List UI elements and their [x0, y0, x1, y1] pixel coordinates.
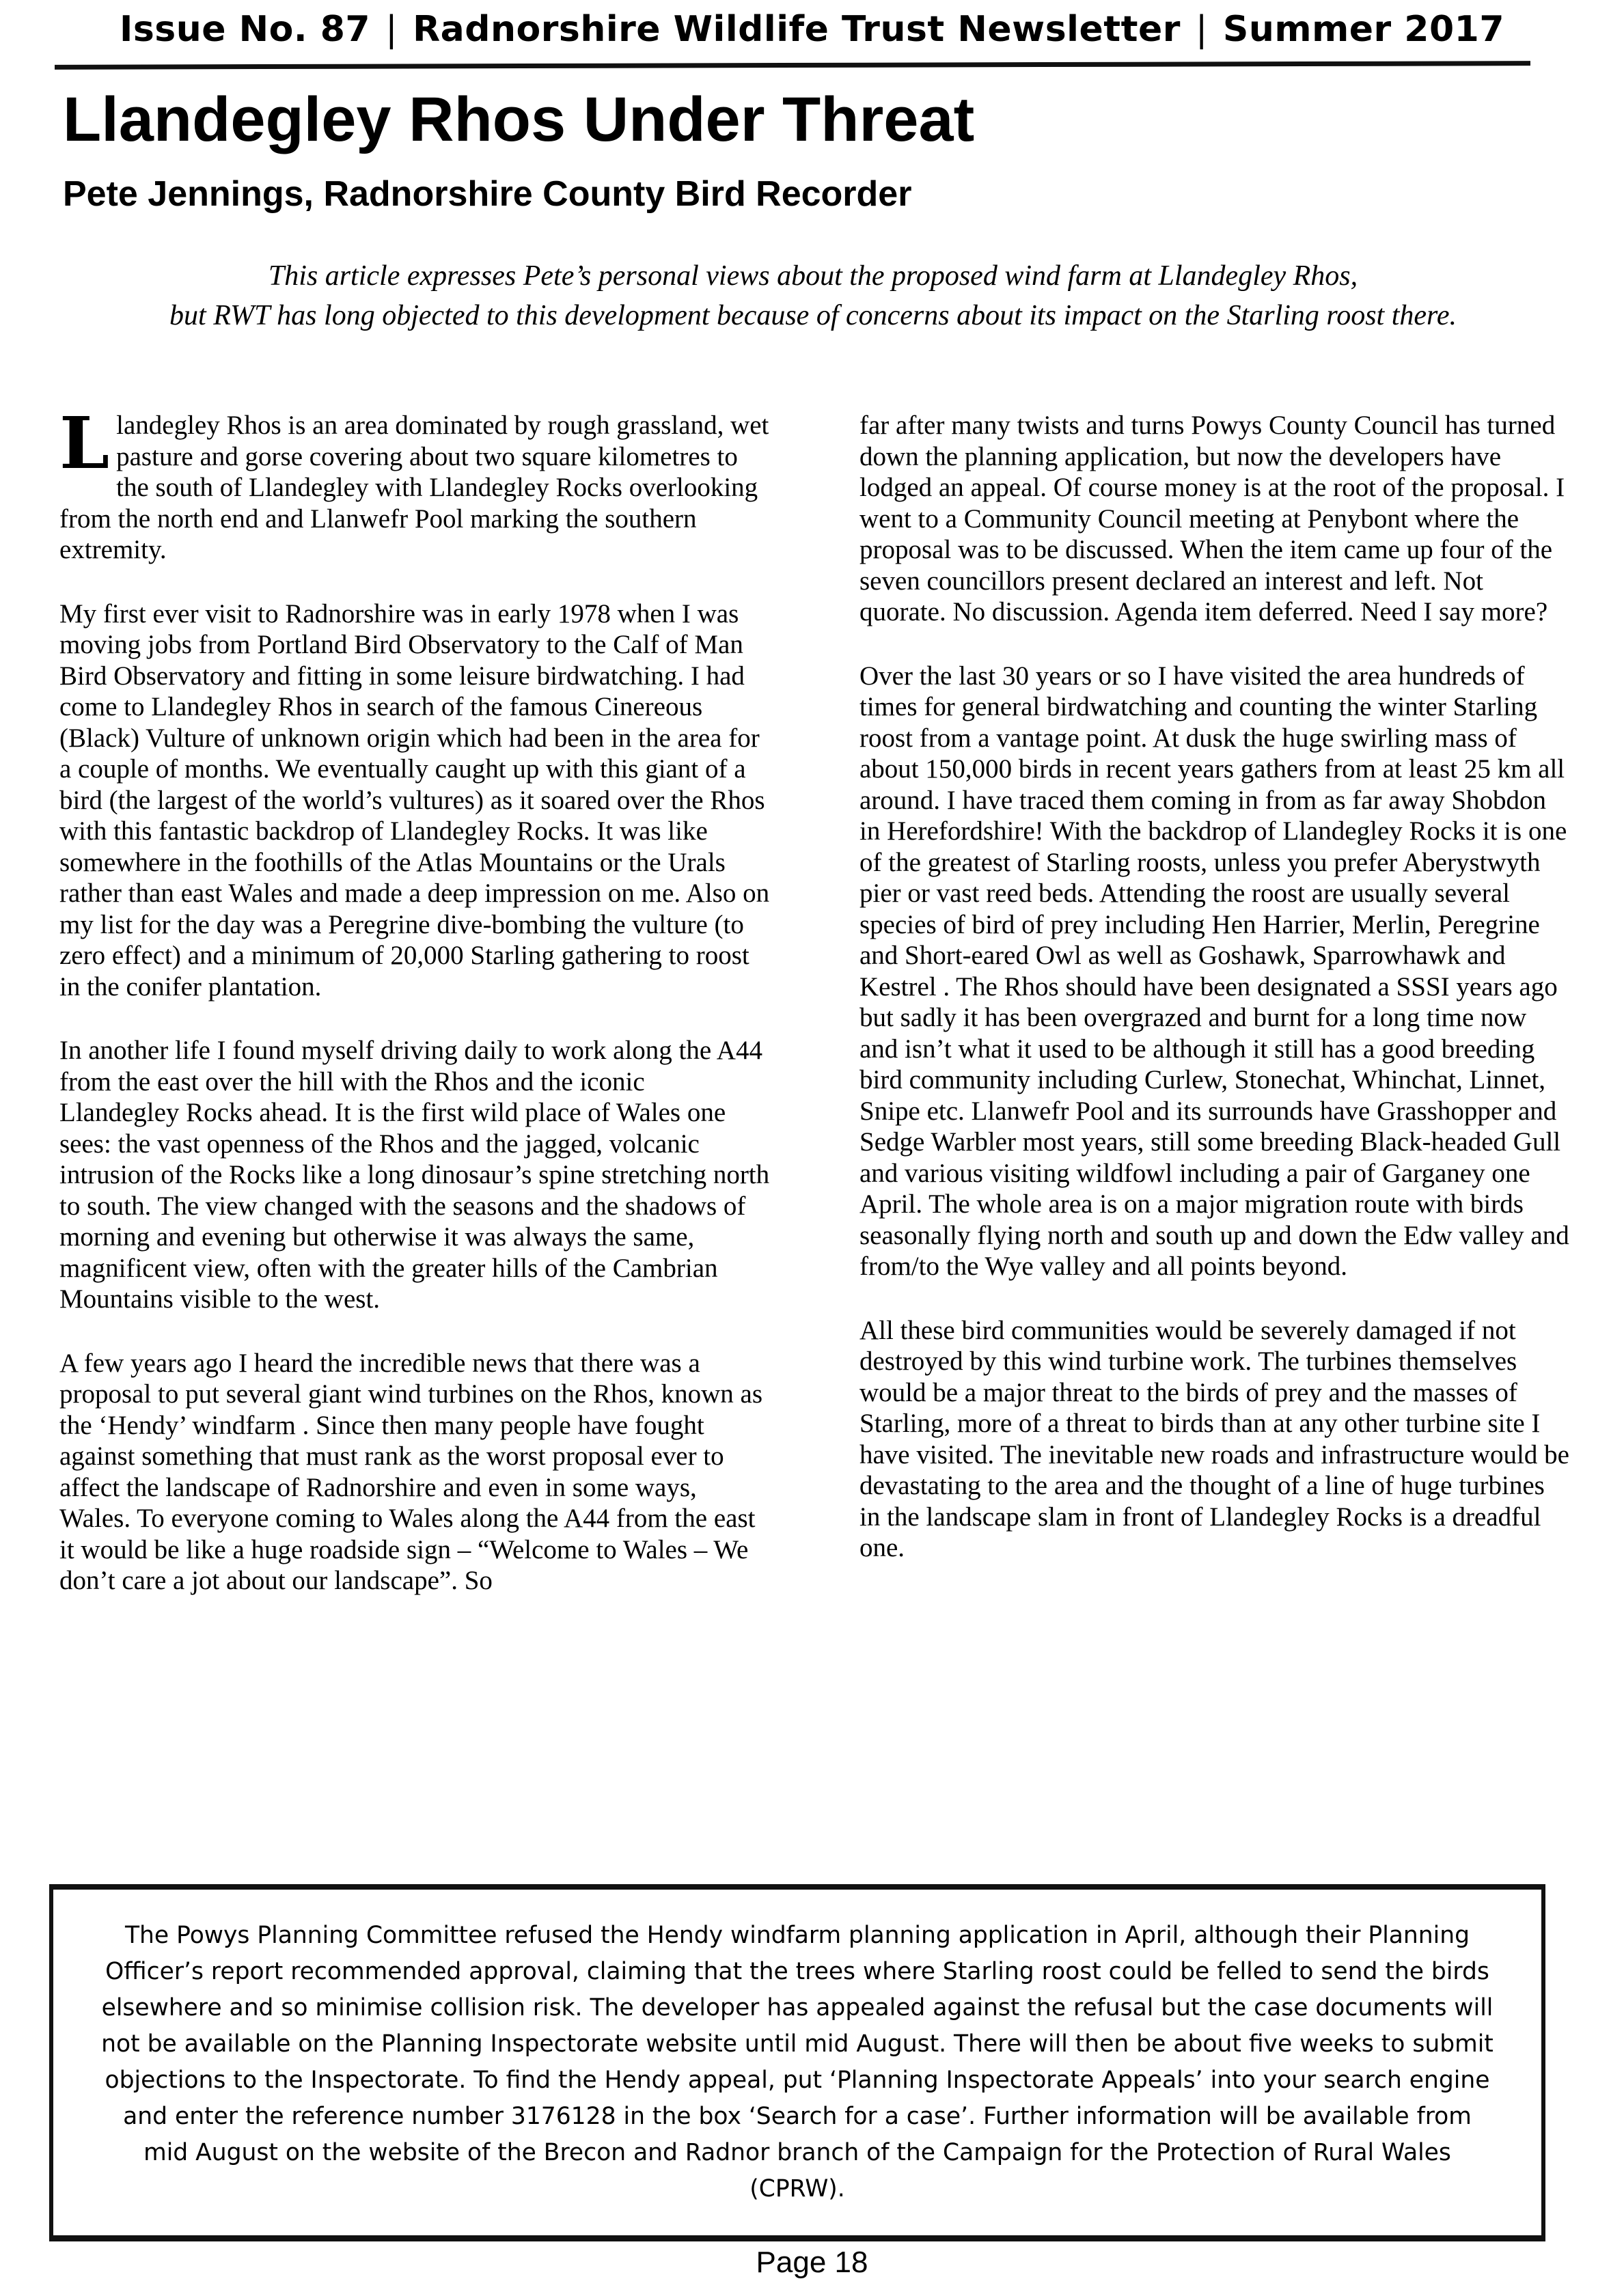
article-byline: Pete Jennings, Radnorshire County Bird R… [63, 172, 911, 216]
drop-cap: L [59, 414, 109, 473]
standfirst-line: This article expresses Pete’s personal v… [68, 256, 1558, 296]
notice-text: The Powys Planning Committee refused the… [53, 1918, 1541, 2207]
newsletter-masthead: Issue No. 87|Radnorshire Wildlife Trust … [0, 5, 1624, 53]
paragraph: My first ever visit to Radnorshire was i… [59, 598, 770, 1003]
masthead-separator: | [1181, 5, 1223, 53]
paragraph: Over the last 30 years or so I have visi… [859, 661, 1570, 1282]
planning-notice-box: The Powys Planning Committee refused the… [49, 1884, 1545, 2241]
issue-number: Issue No. 87 [120, 9, 370, 50]
issue-season: Summer 2017 [1223, 9, 1504, 50]
article-column-right: far after many twists and turns Powys Co… [859, 410, 1570, 1597]
paragraph-text: landegley Rhos is an area dominated by r… [59, 411, 769, 564]
page-number: Page 18 [0, 2242, 1624, 2283]
standfirst-line: but RWT has long objected to this develo… [68, 296, 1558, 335]
masthead-rule [55, 61, 1530, 70]
article-column-left: Llandegley Rhos is an area dominated by … [59, 410, 770, 1629]
paragraph: In another life I found myself driving d… [59, 1035, 770, 1315]
paragraph: A few years ago I heard the incredible n… [59, 1348, 770, 1597]
paragraph: All these bird communities would be seve… [859, 1315, 1570, 1564]
paragraph: far after many twists and turns Powys Co… [859, 410, 1570, 628]
masthead-separator: | [370, 5, 413, 53]
article-standfirst: This article expresses Pete’s personal v… [68, 256, 1558, 335]
article-title: Llandegley Rhos Under Threat [63, 82, 974, 157]
publication-name: Radnorshire Wildlife Trust Newsletter [413, 9, 1181, 50]
paragraph: Llandegley Rhos is an area dominated by … [59, 410, 770, 566]
